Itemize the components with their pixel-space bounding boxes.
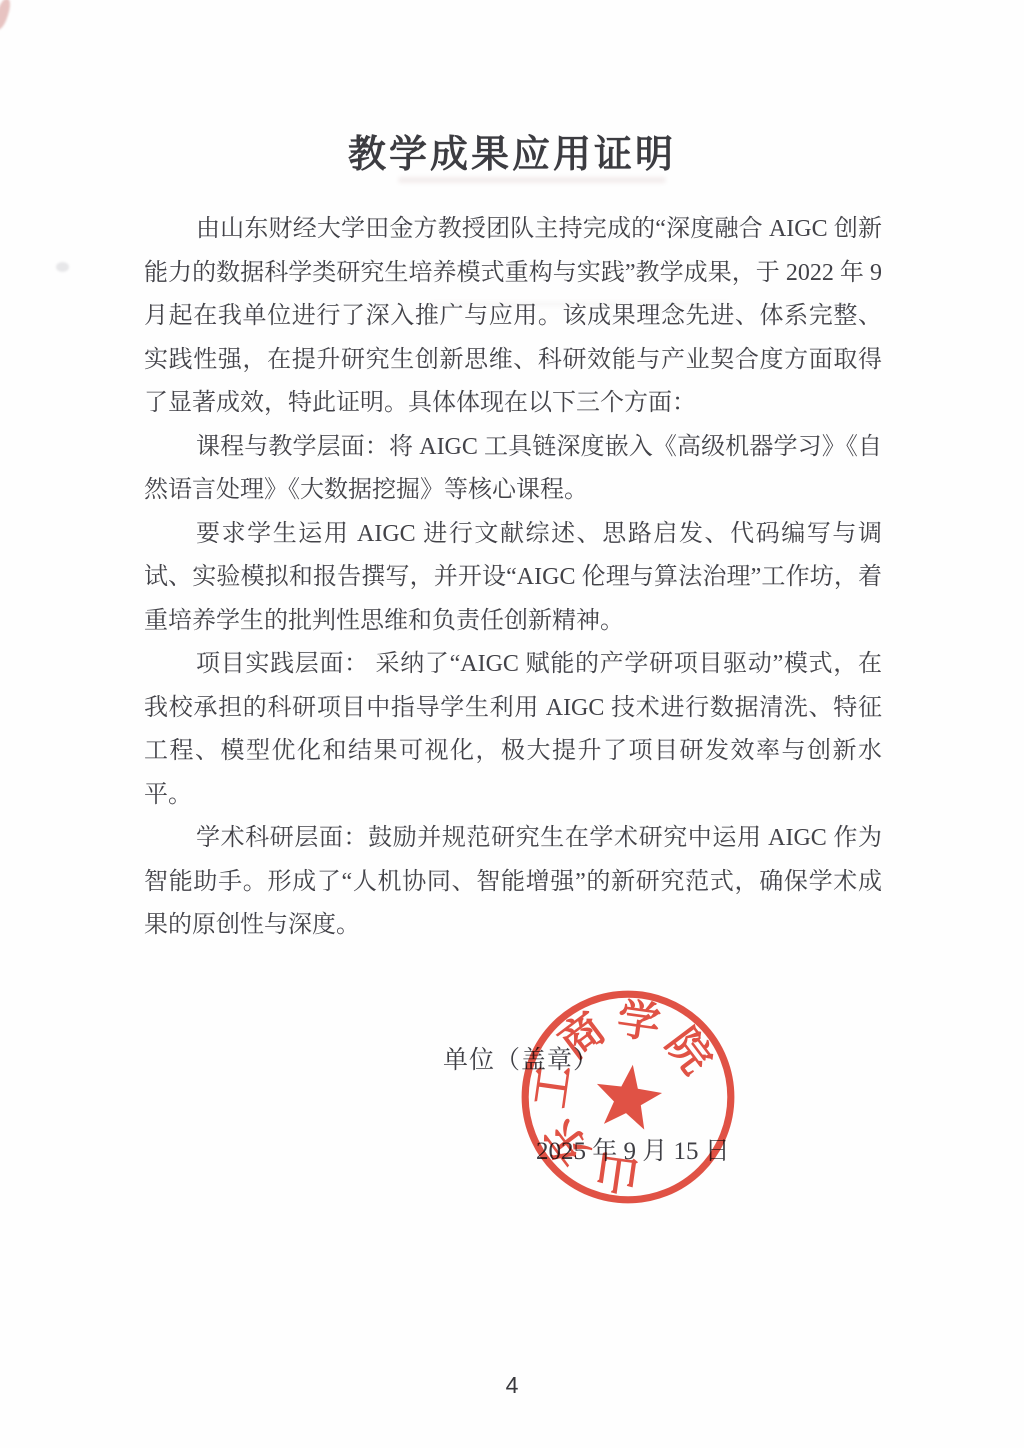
svg-text:院: 院 [657, 1020, 721, 1083]
body-paragraph: 学术科研层面：鼓励并规范研究生在学术研究中运用 AIGC 作为智能助手。形成了“… [144, 817, 882, 948]
document-page: 教学成果应用证明 由山东财经大学田金方教授团队主持完成的“深度融合 AIGC 创… [0, 0, 1024, 1448]
scan-speck [56, 262, 69, 272]
star-icon [592, 1060, 666, 1131]
body-paragraph: 要求学生运用 AIGC 进行文献综述、思路启发、代码编写与调试、实验模拟和报告撰… [144, 513, 882, 644]
page-number: 4 [0, 1372, 1024, 1399]
seal-graphic: 山东工商学院 [516, 985, 740, 1209]
svg-text:东: 东 [535, 1111, 599, 1174]
svg-text:学: 学 [614, 995, 663, 1049]
page-title: 教学成果应用证明 [0, 123, 1024, 178]
svg-text:商: 商 [551, 1004, 614, 1068]
document-body: 由山东财经大学田金方教授团队主持完成的“深度融合 AIGC 创新能力的数据科学类… [144, 208, 882, 948]
body-paragraph: 由山东财经大学田金方教授团队主持完成的“深度融合 AIGC 创新能力的数据科学类… [144, 208, 882, 426]
svg-text:山: 山 [593, 1145, 642, 1197]
svg-text:工: 工 [527, 1062, 579, 1111]
scan-smudge-corner [0, 0, 13, 31]
body-paragraph: 课程与教学层面：将 AIGC 工具链深度嵌入《高级机器学习》《自然语言处理》《大… [144, 426, 882, 513]
body-paragraph: 项目实践层面： 采纳了“AIGC 赋能的产学研项目驱动”模式，在我校承担的科研项… [144, 643, 882, 817]
university-seal-stamp: 山东工商学院 [516, 985, 740, 1209]
